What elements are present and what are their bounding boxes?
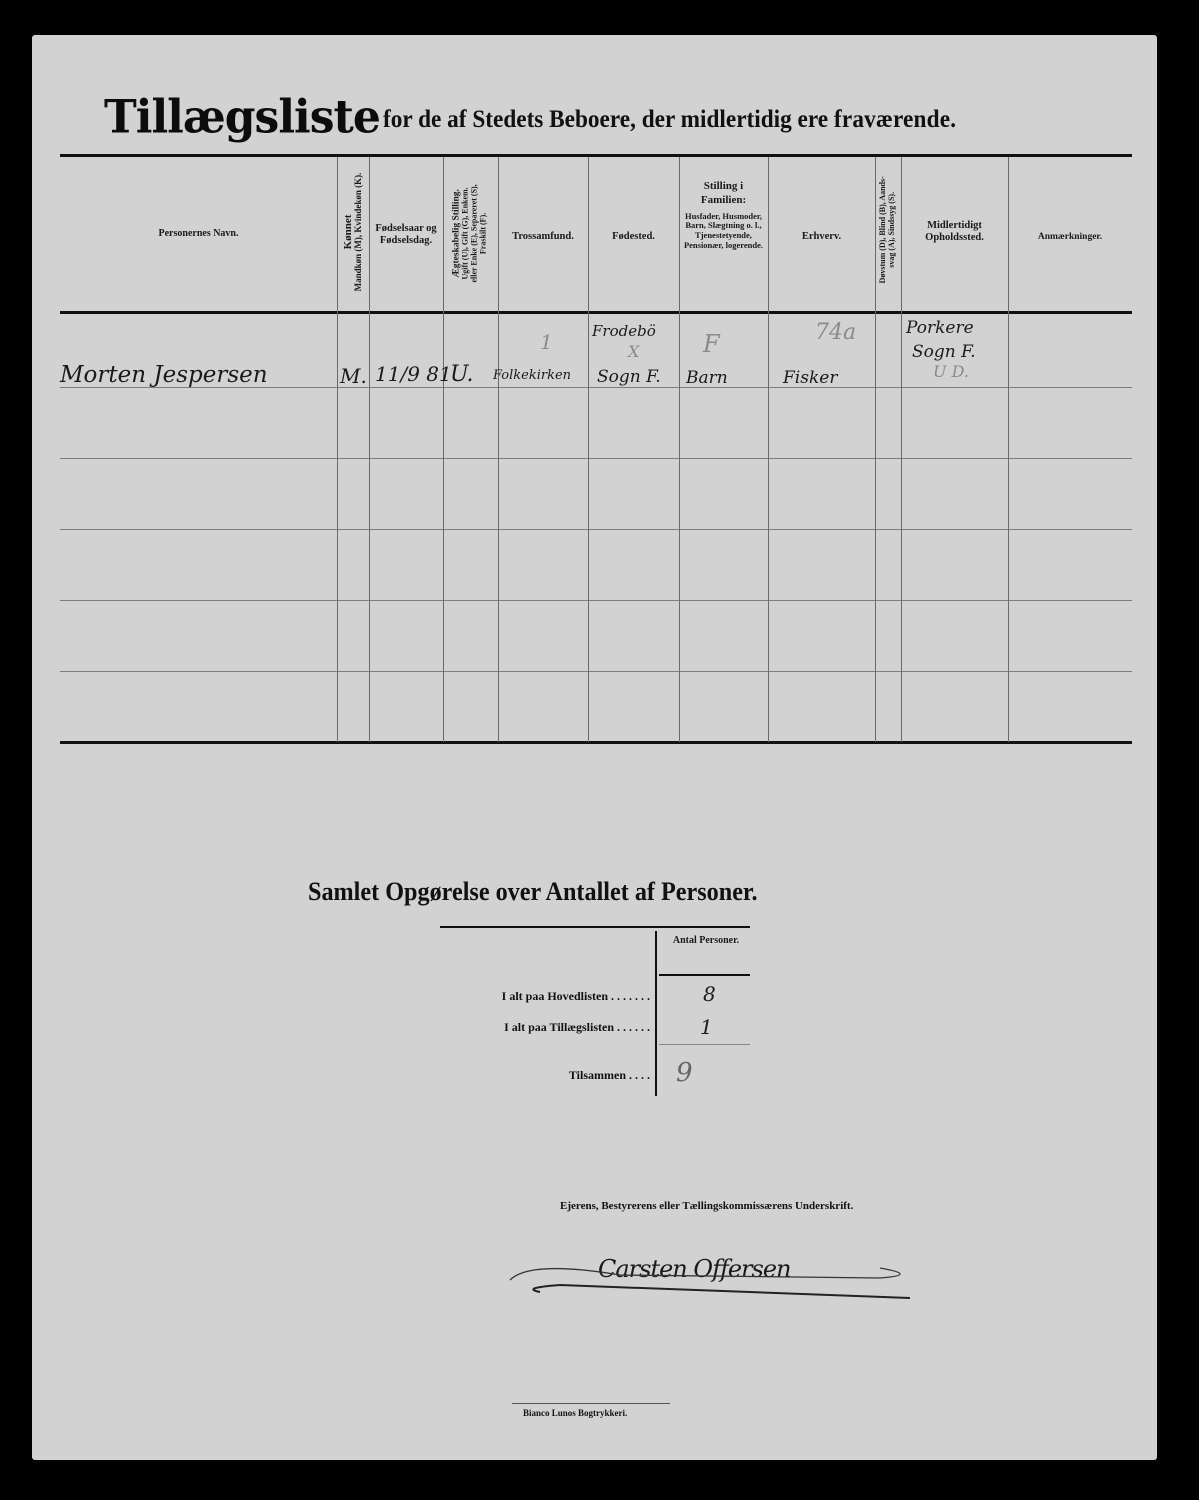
row-divider [60, 671, 1132, 672]
cell-birthplace-mark: X [628, 342, 639, 361]
row-divider [60, 600, 1132, 601]
cell-occupation: Fisker [783, 368, 837, 388]
table-bottom-rule [60, 741, 1132, 744]
header-sex: Kønnet Mandkøn (M), Kvindekøn (K). [337, 157, 369, 311]
form-title: Tillægsliste [104, 91, 380, 145]
header-family-detail: Husfader, Husmoder, Barn, Slægtning o. l… [679, 212, 768, 251]
cell-temp-residence-line1: Porkere [906, 318, 974, 338]
summary-top-rule [440, 926, 750, 928]
cell-temp-residence-annotation: U D. [933, 362, 969, 381]
header-temp-residence: Midlertidigt Opholdssted. [901, 157, 1008, 307]
cell-religion-annotation: 1 [540, 330, 553, 354]
header-disability: Døvstum (D), Blind (B), Aands- svag (A),… [875, 157, 901, 311]
summary-column-rule [655, 931, 657, 1096]
summary-total-value: 9 [676, 1058, 693, 1088]
cell-birthplace-line1: Frodebö [592, 322, 656, 340]
printer-imprint: Bianco Lunos Bogtrykkeri. [523, 1408, 627, 1418]
header-family-position: Stilling i Familien: Husfader, Husmoder,… [679, 180, 768, 310]
form-subtitle: for de af Stedets Beboere, der midlertid… [383, 106, 956, 134]
header-religion: Trossamfund. [498, 157, 588, 317]
header-disability-bottom: svag (A), Sindssyg (S). [888, 153, 897, 307]
printer-rule [512, 1403, 670, 1404]
cell-birth: 11/9 81 [375, 362, 452, 386]
cell-family-position: Barn [686, 368, 728, 388]
summary-column-header: Antal Personer. [660, 935, 752, 973]
cell-occupation-annotation: 74a [815, 320, 856, 345]
row-divider [60, 529, 1132, 530]
header-name: Personernes Navn. [60, 157, 337, 311]
summary-title: Samlet Opgørelse over Antallet af Person… [308, 877, 757, 907]
signature-flourish-icon [500, 1240, 930, 1310]
cell-marital: U. [450, 362, 474, 387]
header-occupation: Erhverv. [768, 157, 875, 317]
cell-name: Morten Jespersen [60, 362, 268, 388]
form-subtitle-text: for de af Stedets Beboere, der midlertid… [383, 106, 828, 133]
summary-total-label: Tilsammen . . . . [420, 1068, 650, 1083]
form-subtitle-emphasis: fraværende. [834, 106, 956, 133]
header-birth: Fødselsaar og Fødselsdag. [369, 160, 443, 310]
header-marital-text: Ægteskabelig Stilling. Ugift (U), Gift (… [452, 156, 489, 310]
header-sex-bottom: Mandkøn (M), Kvindekøn (K). [354, 155, 364, 309]
summary-supplement-list-value: 1 [700, 1015, 713, 1039]
header-sex-text: Kønnet Mandkøn (M), Kvindekøn (K). [342, 155, 364, 309]
cell-family-annotation: F [703, 330, 720, 358]
summary-supplement-list-label: I alt paa Tillægslisten . . . . . . [420, 1020, 650, 1035]
summary-total-rule [659, 1044, 750, 1045]
header-remarks: Anmærkninger. [1008, 157, 1132, 317]
header-marital: Ægteskabelig Stilling. Ugift (U), Gift (… [443, 157, 498, 311]
header-disability-text: Døvstum (D), Blind (B), Aands- svag (A),… [879, 153, 897, 307]
row-divider [60, 458, 1132, 459]
summary-main-list-value: 8 [703, 982, 716, 1006]
cell-temp-residence-line2: Sogn F. [912, 342, 976, 362]
summary-main-list-label: I alt paa Hovedlisten . . . . . . . [420, 989, 650, 1004]
header-birthplace: Fødested. [588, 157, 679, 317]
cell-sex: M. [340, 364, 367, 388]
header-marital-last: Fraskilt (F). [480, 156, 489, 310]
signature-label: Ejerens, Bestyrerens eller Tællingskommi… [560, 1200, 853, 1212]
cell-religion: Folkekirken [493, 368, 571, 383]
cell-birthplace-line2: Sogn F. [597, 367, 661, 387]
header-family-title: Stilling i Familien: [679, 180, 768, 208]
summary-header-rule [659, 974, 750, 976]
